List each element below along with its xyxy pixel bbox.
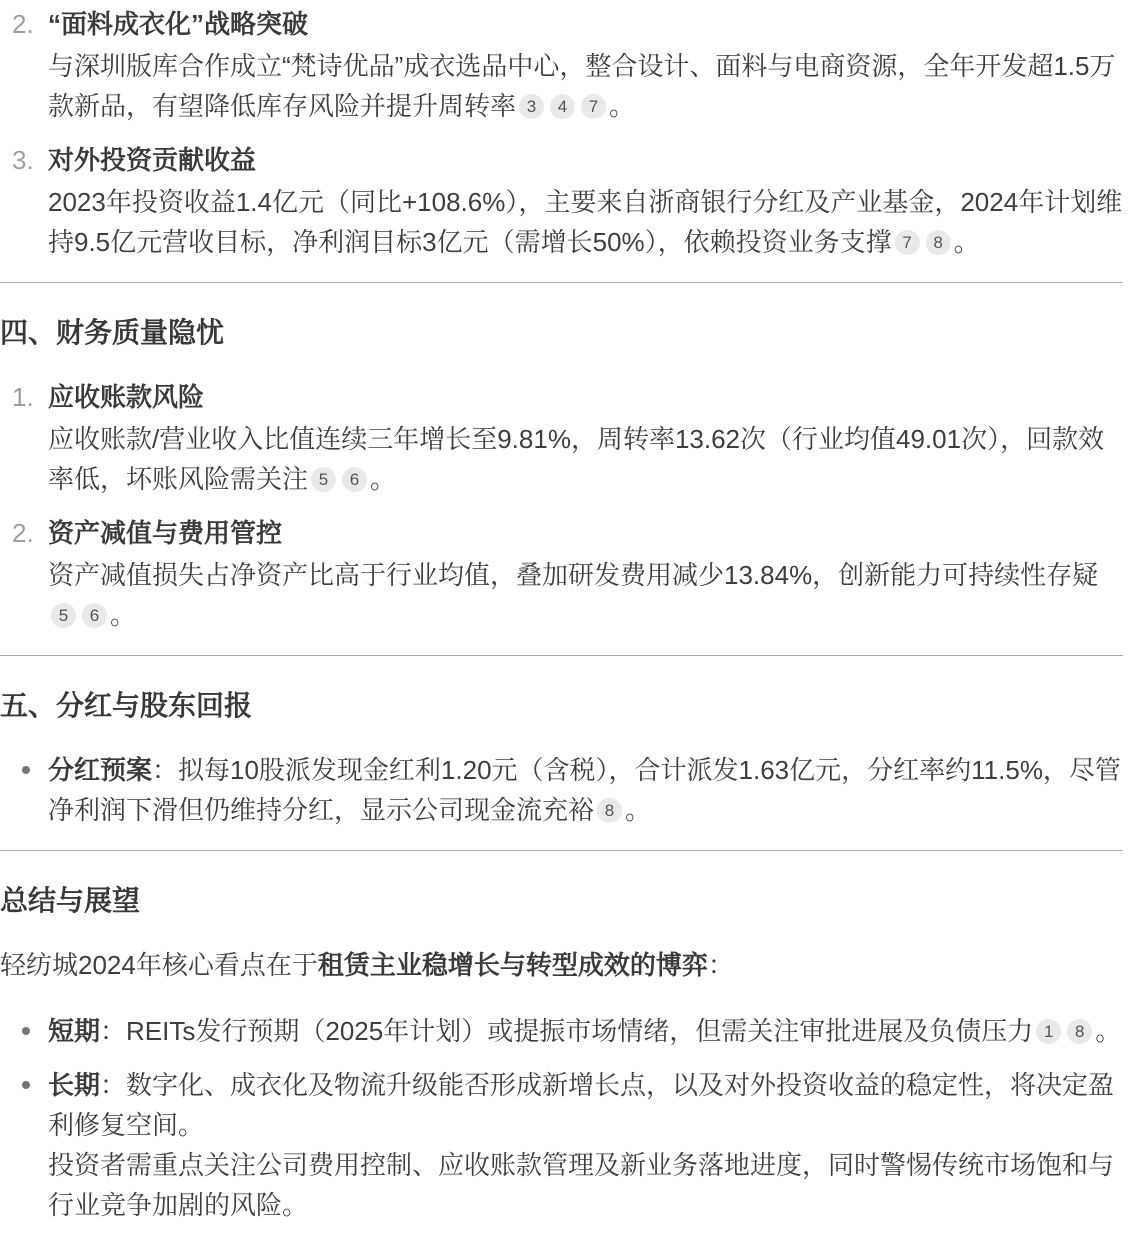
section4-list: 1. 应收账款风险 应收账款/营业收入比值连续三年增长至9.81%，周转率13.… — [0, 377, 1123, 635]
sentence-end: 。 — [625, 795, 651, 825]
list-item-title-text: 资产减值与费用管控 — [48, 518, 282, 548]
section5-list: 分红预案：拟每10股派发现金红利1.20元（含税），合计派发1.63亿元，分红率… — [0, 750, 1123, 830]
sentence-end: 。 — [370, 464, 396, 494]
list-item-body: 应收账款/营业收入比值连续三年增长至9.81%，周转率13.62次（行业均值49… — [48, 419, 1123, 499]
bullet-item: 分红预案：拟每10股派发现金红利1.20元（含税），合计派发1.63亿元，分红率… — [0, 750, 1123, 830]
bullet-lead: 分红预案 — [48, 755, 152, 785]
body-text: ：数字化、成衣化及物流升级能否形成新增长点，以及对外投资收益的稳定性，将决定盈利… — [48, 1070, 1114, 1140]
strategy-list: 2. “面料成衣化”战略突破 与深圳版库合作成立“梵诗优品”成衣选品中心，整合设… — [0, 4, 1123, 262]
citation-badge[interactable]: 8 — [1067, 1019, 1092, 1044]
citation-badge[interactable]: 3 — [519, 94, 544, 119]
section-heading-4: 四、财务质量隐忧 — [0, 315, 1123, 351]
list-item-body: 2023年投资收益1.4亿元（同比+108.6%），主要来自浙商银行分红及产业基… — [48, 182, 1123, 262]
citation-badge[interactable]: 7 — [895, 230, 920, 255]
list-item-title: 应收账款风险 — [48, 377, 1123, 417]
bullet-gutter — [0, 750, 48, 774]
intro-bold: 租赁主业稳增长与转型成效的博弈 — [318, 950, 708, 980]
section-heading-5: 五、分红与股东回报 — [0, 688, 1123, 724]
list-item-body: 资产减值损失占净资产比高于行业均值，叠加研发费用减少13.84%，创新能力可持续… — [48, 555, 1123, 635]
list-item-title: 资产减值与费用管控 — [48, 513, 1123, 553]
bullet-gutter — [0, 1011, 48, 1035]
citation-badge[interactable]: 6 — [82, 603, 107, 628]
list-item-body: 与深圳版库合作成立“梵诗优品”成衣选品中心，整合设计、面料与电商资源，全年开发超… — [48, 46, 1123, 126]
list-item-title-text: “面料成衣化”战略突破 — [48, 9, 308, 39]
horizontal-divider — [0, 282, 1123, 283]
intro-pre: 轻纺城2024年核心看点在于 — [0, 950, 318, 980]
list-item: 3. 对外投资贡献收益 2023年投资收益1.4亿元（同比+108.6%），主要… — [0, 140, 1123, 262]
bullet-dot-icon — [22, 1081, 30, 1089]
bullet-body: 长期：数字化、成衣化及物流升级能否形成新增长点，以及对外投资收益的稳定性，将决定… — [48, 1065, 1123, 1145]
list-marker: 2. — [0, 513, 48, 553]
bullet-extra-paragraph: 投资者需重点关注公司费用控制、应收账款管理及新业务落地进度，同时警惕传统市场饱和… — [48, 1145, 1123, 1225]
citation-badge[interactable]: 8 — [597, 798, 622, 823]
citation-badge[interactable]: 7 — [581, 94, 606, 119]
list-item-content: 应收账款风险 应收账款/营业收入比值连续三年增长至9.81%，周转率13.62次… — [48, 377, 1123, 499]
sentence-end: 。 — [110, 600, 136, 630]
citation-badge[interactable]: 5 — [311, 467, 336, 492]
bullet-dot-icon — [22, 1027, 30, 1035]
bullet-content: 长期：数字化、成衣化及物流升级能否形成新增长点，以及对外投资收益的稳定性，将决定… — [48, 1065, 1123, 1225]
citation-badge[interactable]: 8 — [926, 230, 951, 255]
summary-intro: 轻纺城2024年核心看点在于租赁主业稳增长与转型成效的博弈： — [0, 945, 1123, 985]
body-text: 资产减值损失占净资产比高于行业均值，叠加研发费用减少13.84%，创新能力可持续… — [48, 560, 1098, 590]
document-page: 2. “面料成衣化”战略突破 与深圳版库合作成立“梵诗优品”成衣选品中心，整合设… — [0, 0, 1141, 1235]
horizontal-divider — [0, 655, 1123, 656]
bullet-content: 分红预案：拟每10股派发现金红利1.20元（含税），合计派发1.63亿元，分红率… — [48, 750, 1123, 830]
bullet-item-long-term: 长期：数字化、成衣化及物流升级能否形成新增长点，以及对外投资收益的稳定性，将决定… — [0, 1065, 1123, 1225]
bullet-lead: 长期 — [48, 1070, 100, 1100]
sentence-end: 。 — [609, 91, 635, 121]
list-item-title: “面料成衣化”战略突破 — [48, 4, 1123, 44]
sentence-end: 。 — [954, 227, 980, 257]
list-marker: 2. — [0, 4, 48, 44]
list-item-title-text: 应收账款风险 — [48, 382, 204, 412]
list-item-title-text: 对外投资贡献收益 — [48, 145, 256, 175]
list-item-content: 对外投资贡献收益 2023年投资收益1.4亿元（同比+108.6%），主要来自浙… — [48, 140, 1123, 262]
body-text: ：拟每10股派发现金红利1.20元（含税），合计派发1.63亿元，分红率约11.… — [48, 755, 1121, 825]
intro-suffix: ： — [708, 950, 734, 980]
bullet-lead: 短期 — [48, 1016, 100, 1046]
horizontal-divider — [0, 850, 1123, 851]
sentence-end: 。 — [1095, 1016, 1121, 1046]
list-item-content: 资产减值与费用管控 资产减值损失占净资产比高于行业均值，叠加研发费用减少13.8… — [48, 513, 1123, 635]
list-item: 1. 应收账款风险 应收账款/营业收入比值连续三年增长至9.81%，周转率13.… — [0, 377, 1123, 499]
citation-badge[interactable]: 1 — [1036, 1019, 1061, 1044]
bullet-body: 分红预案：拟每10股派发现金红利1.20元（含税），合计派发1.63亿元，分红率… — [48, 750, 1123, 830]
list-item: 2. “面料成衣化”战略突破 与深圳版库合作成立“梵诗优品”成衣选品中心，整合设… — [0, 4, 1123, 126]
list-item-title: 对外投资贡献收益 — [48, 140, 1123, 180]
citation-badge[interactable]: 6 — [342, 467, 367, 492]
list-item: 2. 资产减值与费用管控 资产减值损失占净资产比高于行业均值，叠加研发费用减少1… — [0, 513, 1123, 635]
body-text: 应收账款/营业收入比值连续三年增长至9.81%，周转率13.62次（行业均值49… — [48, 424, 1104, 494]
bullet-dot-icon — [22, 766, 30, 774]
body-text: ：REITs发行预期（2025年计划）或提振市场情绪，但需关注审批进展及负债压力 — [100, 1016, 1033, 1046]
list-marker: 3. — [0, 140, 48, 180]
bullet-content: 短期：REITs发行预期（2025年计划）或提振市场情绪，但需关注审批进展及负债… — [48, 1011, 1123, 1051]
summary-heading: 总结与展望 — [0, 883, 1123, 919]
summary-list: 短期：REITs发行预期（2025年计划）或提振市场情绪，但需关注审批进展及负债… — [0, 1011, 1123, 1225]
list-marker: 1. — [0, 377, 48, 417]
list-item-content: “面料成衣化”战略突破 与深圳版库合作成立“梵诗优品”成衣选品中心，整合设计、面… — [48, 4, 1123, 126]
citation-badge[interactable]: 4 — [550, 94, 575, 119]
bullet-body: 短期：REITs发行预期（2025年计划）或提振市场情绪，但需关注审批进展及负债… — [48, 1011, 1123, 1051]
bullet-item-short-term: 短期：REITs发行预期（2025年计划）或提振市场情绪，但需关注审批进展及负债… — [0, 1011, 1123, 1051]
citation-badge[interactable]: 5 — [51, 603, 76, 628]
bullet-gutter — [0, 1065, 48, 1089]
